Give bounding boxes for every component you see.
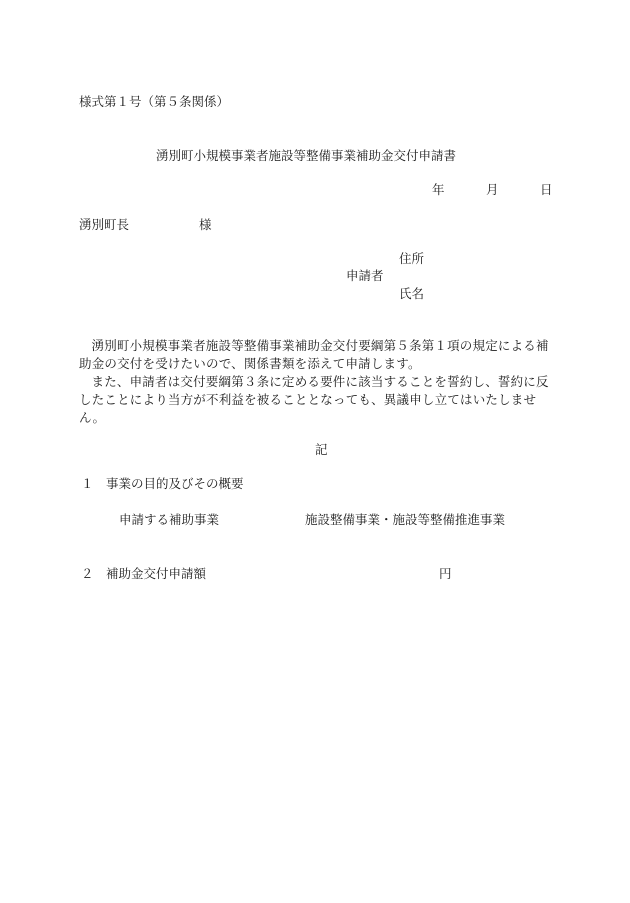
item-1-sub-value: 施設整備事業・施設等整備推進事業 (305, 512, 505, 528)
date-day-label: 日 (540, 182, 553, 198)
body-paragraph: 湧別町小規模事業者施設等整備事業補助金交付要綱第５条第１項の規定による補助金の交… (79, 337, 555, 373)
item-1-sub-label: 申請する補助事業 (119, 512, 219, 528)
document-title: 湧別町小規模事業者施設等整備事業補助金交付申請書 (156, 148, 456, 164)
ki-heading: 記 (315, 442, 328, 458)
item-1-label: 事業の目的及びその概要 (106, 476, 244, 492)
applicant-name-label: 氏名 (399, 286, 424, 302)
addressee-honorific: 様 (199, 217, 212, 233)
body-text: 湧別町小規模事業者施設等整備事業補助金交付要綱第５条第１項の規定による補助金の交… (79, 337, 555, 427)
date-month-label: 月 (486, 182, 499, 198)
item-2-unit: 円 (439, 566, 452, 582)
applicant-label: 申請者 (346, 268, 384, 284)
form-number: 様式第１号（第５条関係） (79, 94, 229, 110)
applicant-address-label: 住所 (399, 251, 424, 267)
body-paragraph: また、申請者は交付要綱第３条に定める要件に該当することを誓約し、誓約に反したこと… (79, 373, 555, 427)
item-2-number: ２ (81, 566, 94, 582)
addressee-name: 湧別町長 (79, 217, 129, 233)
date-year-label: 年 (432, 182, 445, 198)
item-1-number: １ (81, 476, 94, 492)
item-2-label: 補助金交付申請額 (106, 566, 206, 582)
